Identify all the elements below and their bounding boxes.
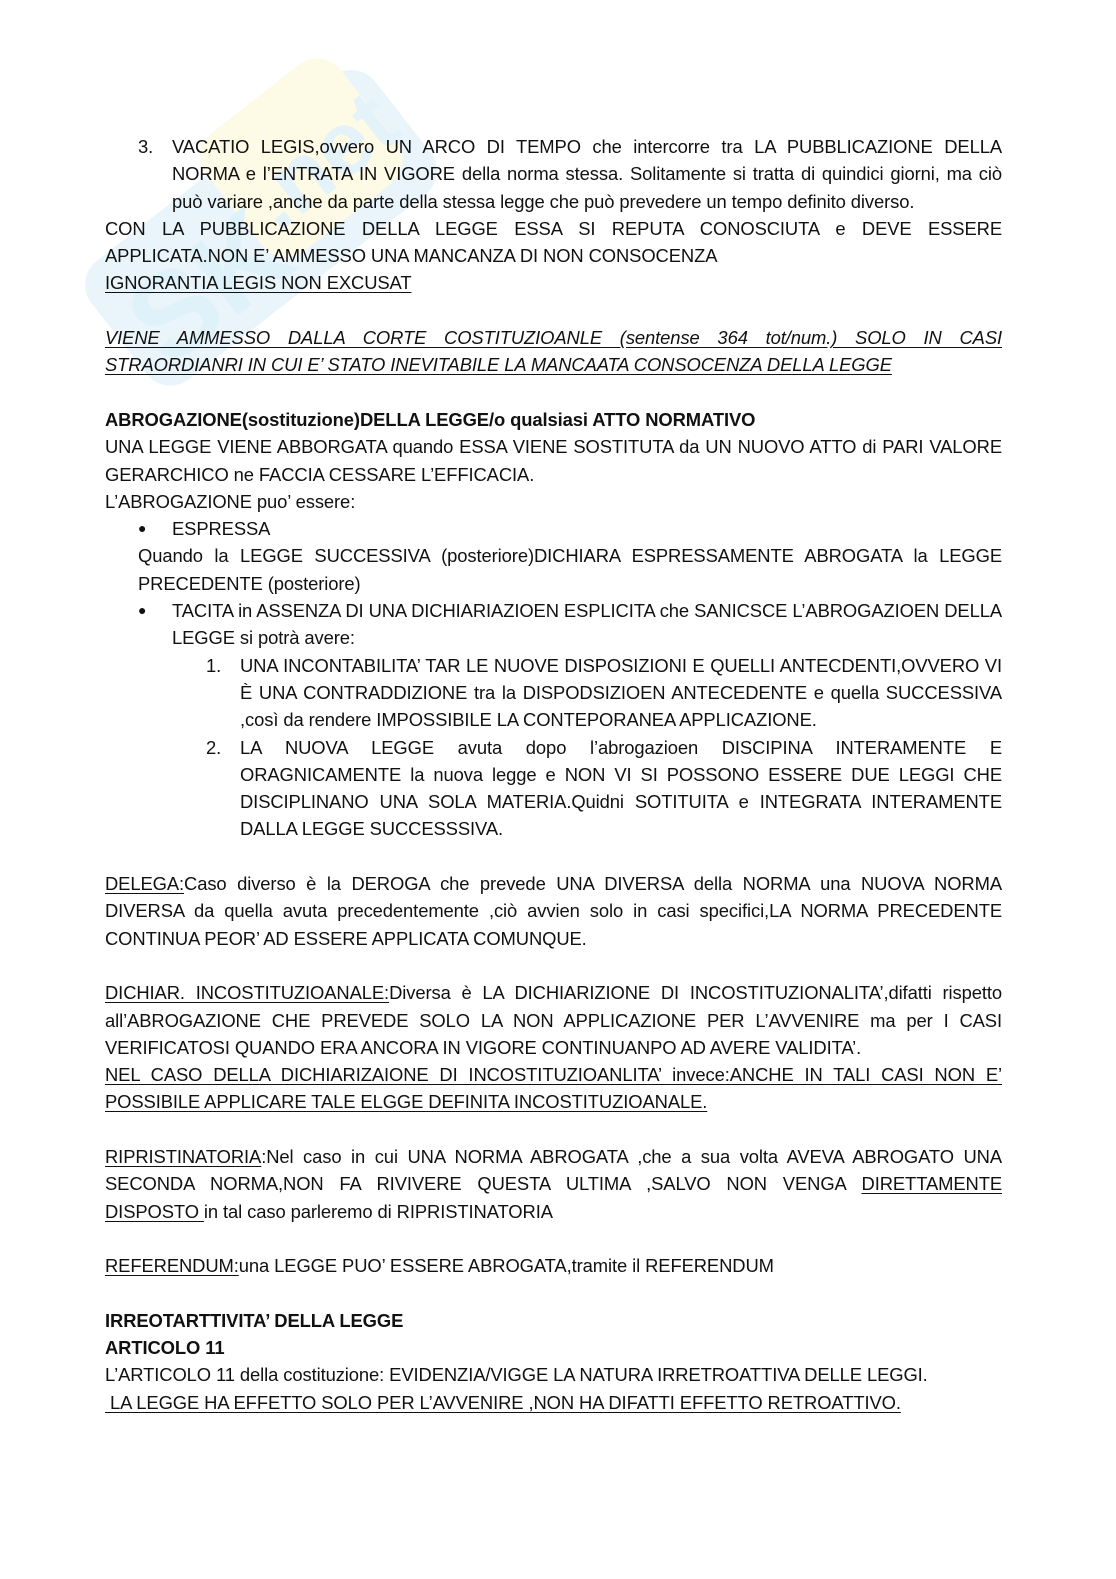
delega-label: DELEGA: [105,873,184,894]
delega-text: Caso diverso è la DEROGA che prevede UNA… [105,873,1002,949]
referendum-text: una LEGGE PUO’ ESSERE ABROGATA,tramite i… [239,1255,774,1276]
referendum-paragraph: REFERENDUM:una LEGGE PUO’ ESSERE ABROGAT… [105,1252,1002,1279]
abrogazione-intro: UNA LEGGE VIENE ABBORGATA quando ESSA VI… [105,433,1002,488]
numbered-item-3: 3. VACATIO LEGIS,ovvero UN ARCO DI TEMPO… [138,133,1002,215]
abrogazione-can-be: L’ABROGAZIONE puo’ essere: [105,488,1002,515]
articolo-11-heading: ARTICOLO 11 [105,1334,1002,1361]
ignorantia-legis: IGNORANTIA LEGIS NON EXCUSAT [105,272,412,293]
vacatio-legis-text: VACATIO LEGIS,ovvero UN ARCO DI TEMPO ch… [172,133,1002,215]
corte-costituzionale-paragraph: VIENE AMMESSO DALLA CORTE COSTITUZIOANLE… [105,324,1002,379]
document-page: 3. VACATIO LEGIS,ovvero UN ARCO DI TEMPO… [105,133,1002,1416]
ripristinatoria-label: RIPRISTINATORIA [105,1146,261,1167]
bullet-espressa: ● ESPRESSA [138,515,1002,542]
item-number: 3. [138,133,172,215]
ripristinatoria-text-end: in tal caso parleremo di RIPRISTINATORIA [204,1201,553,1222]
bullet-icon: ● [138,515,172,542]
irretroattivita-heading: IRREOTARTTIVITA’ DELLA LEGGE [105,1307,1002,1334]
item-number: 2. [206,734,240,843]
referendum-label: REFERENDUM: [105,1255,239,1276]
espressa-description: Quando la LEGGE SUCCESSIVA (posteriore)D… [138,542,1002,597]
abrogazione-heading: ABROGAZIONE(sostituzione)DELLA LEGGE/o q… [105,406,1002,433]
dichiar-underlined: NEL CASO DELLA DICHIARIZAIONE DI INCOSTI… [105,1061,1002,1116]
item-number: 1. [206,652,240,734]
sub-item-1: 1. UNA INCONTABILITA’ TAR LE NUOVE DISPO… [206,652,1002,734]
publication-paragraph: CON LA PUBBLICAZIONE DELLA LEGGE ESSA SI… [105,215,1002,270]
bullet-icon: ● [138,597,172,652]
articolo-11-underlined: LA LEGGE HA EFFETTO SOLO PER L’AVVENIRE … [105,1392,901,1413]
dichiar-paragraph: DICHIAR. INCOSTITUZIOANALE:Diversa è LA … [105,979,1002,1061]
sub-item-2: 2. LA NUOVA LEGGE avuta dopo l’abrogazio… [206,734,1002,843]
bullet-tacita: ● TACITA in ASSENZA DI UNA DICHIARIAZIOE… [138,597,1002,652]
sub-item-text: LA NUOVA LEGGE avuta dopo l’abrogazioen … [240,734,1002,843]
ripristinatoria-paragraph: RIPRISTINATORIA:Nel caso in cui UNA NORM… [105,1143,1002,1225]
sub-item-text: UNA INCONTABILITA’ TAR LE NUOVE DISPOSIZ… [240,652,1002,734]
dichiar-label: DICHIAR. INCOSTITUZIOANALE: [105,982,389,1003]
articolo-11-text: L’ARTICOLO 11 della costituzione: EVIDEN… [105,1361,1002,1388]
delega-paragraph: DELEGA:Caso diverso è la DEROGA che prev… [105,870,1002,952]
bullet-label: TACITA in ASSENZA DI UNA DICHIARIAZIOEN … [172,597,1002,652]
bullet-label: ESPRESSA [172,515,1002,542]
